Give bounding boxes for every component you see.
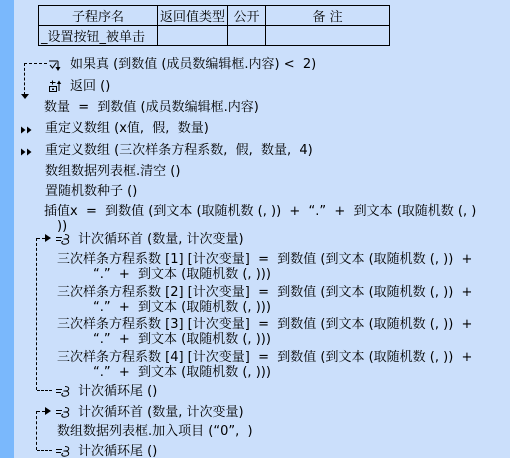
counter-loop-icon [55,385,72,402]
code-line[interactable]: 返回 () [70,79,110,94]
right-arrow [45,234,51,242]
if-true-icon [48,58,62,76]
code-line[interactable]: 数量 = 到数值 (成员数编辑框.内容) [44,100,259,115]
code-line[interactable]: 置随机数种子 () [45,184,137,199]
code-line[interactable]: 重定义数组 (x值, 假, 数量) [45,121,209,136]
loop2-bracket-bottom [37,450,52,451]
column-header-subroutine-name: 子程序名 [39,6,158,26]
down-arrow [21,94,29,99]
column-header-return-type: 返回值类型 [158,6,228,26]
table-row: _设置按钮_被单击 [39,26,390,46]
code-line[interactable]: 三次样条方程系数 [1] [计次变量] = 到数值 (到文本 (取随机数 (, … [57,252,472,267]
return-type-cell[interactable] [158,26,228,46]
code-line-continuation[interactable]: )) [57,219,67,234]
counter-loop-icon [55,233,72,250]
code-line-continuation[interactable]: “.” + 到文本 (取随机数 (, ))) [93,332,271,347]
public-cell[interactable] [228,26,266,46]
column-header-remark: 备 注 [266,6,390,26]
code-line[interactable]: 计次循环首 (数量, 计次变量) [78,232,244,247]
code-line[interactable]: 三次样条方程系数 [2] [计次变量] = 到数值 (到文本 (取随机数 (, … [57,285,472,300]
code-line[interactable]: 插值x = 到数值 (到文本 (取随机数 (, )) + “.” + 到文本 (… [44,204,476,219]
code-line[interactable]: 重定义数组 (三次样条方程系数, 假, 数量, 4) [45,143,313,158]
return-icon [48,79,62,97]
code-editor: 子程序名 返回值类型 公开 备 注 _设置按钮_被单击 如果真 (到数值 (成员… [0,0,510,458]
remark-cell[interactable] [266,26,390,46]
loop1-bracket-bottom [37,390,52,391]
code-line-continuation[interactable]: “.” + 到文本 (取随机数 (, ))) [93,365,271,380]
right-arrow [45,407,51,415]
code-line[interactable]: 数组数据列表框.加入项目 (“0”, ) [57,424,253,439]
code-line[interactable]: 数组数据列表框.清空 () [45,164,180,179]
if-block-bracket-line [24,63,47,95]
loop1-bracket-top [37,238,45,239]
code-line[interactable]: 三次样条方程系数 [4] [计次变量] = 到数值 (到文本 (取随机数 (, … [57,350,472,365]
code-line[interactable]: 如果真 (到数值 (成员数编辑框.内容) < 2) [70,57,316,72]
loop2-bracket-line [36,411,37,450]
code-line[interactable]: 计次循环尾 () [78,444,157,458]
loop2-bracket-top [37,411,45,412]
code-line[interactable]: 计次循环首 (数量, 计次变量) [78,405,244,420]
subroutine-name-cell[interactable]: _设置按钮_被单击 [39,26,158,46]
code-line-continuation[interactable]: “.” + 到文本 (取随机数 (, ))) [93,300,271,315]
code-line[interactable]: 三次样条方程系数 [3] [计次变量] = 到数值 (到文本 (取随机数 (, … [57,317,472,332]
code-line-continuation[interactable]: “.” + 到文本 (取随机数 (, ))) [93,267,271,282]
counter-loop-icon [55,406,72,423]
redefine-array-icon [20,146,33,161]
subroutine-signature-table: 子程序名 返回值类型 公开 备 注 _设置按钮_被单击 [38,5,390,46]
redefine-array-icon [20,124,33,139]
table-header-row: 子程序名 返回值类型 公开 备 注 [39,6,390,26]
code-line[interactable]: 计次循环尾 () [78,384,157,399]
editor-gutter [0,0,14,458]
column-header-public: 公开 [228,6,266,26]
loop1-bracket-line [36,238,37,390]
counter-loop-icon [55,445,72,458]
